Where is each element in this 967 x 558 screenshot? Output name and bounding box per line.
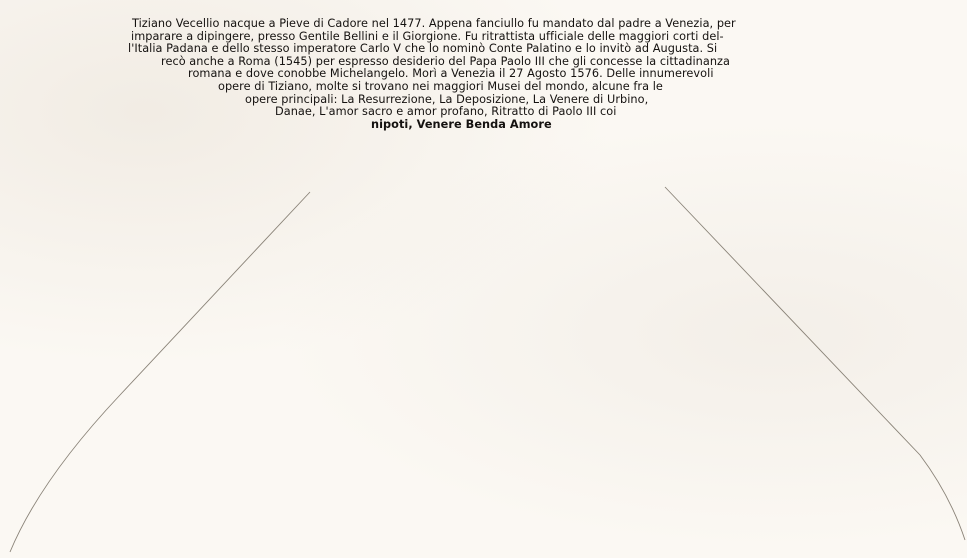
bio-line: l'Italia Padana e dello stesso imperator… xyxy=(128,43,840,56)
bio-line: Danae, L'amor sacro e amor profano, Ritr… xyxy=(128,106,840,119)
left-flap-edge xyxy=(10,192,310,552)
right-flap-edge xyxy=(665,187,965,540)
titian-biography-text: Tiziano Vecellio nacque a Pieve di Cador… xyxy=(128,18,840,131)
bio-line: nipoti, Venere Benda Amore xyxy=(128,119,840,132)
bio-line: Tiziano Vecellio nacque a Pieve di Cador… xyxy=(128,18,840,31)
bio-line: opere di Tiziano, molte si trovano nei m… xyxy=(128,81,840,94)
envelope-back: Tiziano Vecellio nacque a Pieve di Cador… xyxy=(0,0,967,558)
